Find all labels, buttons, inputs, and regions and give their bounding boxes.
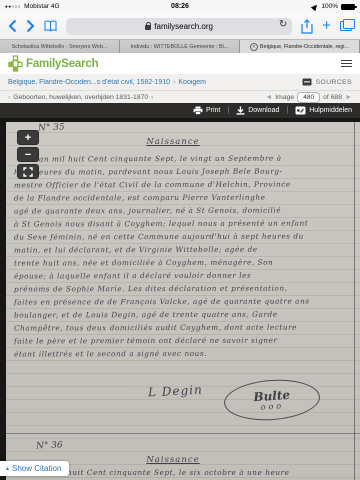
show-citation-button[interactable]: ▴ Show Citation <box>0 461 69 476</box>
print-button[interactable]: Print <box>193 106 220 115</box>
previous-image-button[interactable]: ◄ <box>265 94 272 101</box>
next-record-line: L'an mil huit Cent cinquante Sept, le si… <box>30 468 344 477</box>
fit-screen-icon <box>23 167 33 177</box>
viewer-toolbar: Print | Download | Hulpmiddelen <box>0 103 360 118</box>
share-button[interactable] <box>301 19 313 34</box>
printer-icon <box>193 106 203 115</box>
sources-box-icon <box>302 78 312 86</box>
official-signature: Bulte ooo <box>223 377 322 424</box>
record-line: trente huit ans, née et domiciliée à Coy… <box>14 255 344 269</box>
record-text: L'an mil huit Cent cinquante Sept, le vi… <box>14 152 344 360</box>
download-button[interactable]: Download <box>236 106 279 115</box>
reload-button[interactable]: ↻ <box>279 19 287 30</box>
record-line: faite le père et le premier témoin ont d… <box>14 333 344 347</box>
tab-belgique-active[interactable]: ✕ Belgique, Flandre-Occidentale, regi... <box>240 40 360 53</box>
record-title: Naissance <box>6 137 340 147</box>
breadcrumb-collection-link[interactable]: Belgique, Flandre-Occiden...s d'état civ… <box>8 79 170 86</box>
image-viewer[interactable]: N° 35 Naissance L'an mil huit Cent cinqu… <box>0 118 360 480</box>
location-icon <box>311 2 319 10</box>
tab-individu[interactable]: Individu : WITTEBOLLE Gemeente : Bi... <box>120 40 240 53</box>
breadcrumb: Belgique, Flandre-Occiden...s d'état civ… <box>0 74 360 90</box>
film-navigation: › Geboorten, huwelijken, overlijden 1831… <box>0 90 360 103</box>
expand-up-icon: ▴ <box>6 465 9 472</box>
film-chevron-right[interactable]: › <box>151 94 153 101</box>
record-separator-line <box>6 433 360 434</box>
toolbar-divider: | <box>227 107 229 114</box>
record-line: mestre Officier de l'état Civil de la co… <box>14 177 344 191</box>
familysearch-logo[interactable]: FamilySearch <box>8 55 98 72</box>
forward-button[interactable] <box>26 19 35 33</box>
ipad-screen: ●●○○○ Mobistar 4G 08:26 100% familysearc… <box>0 0 360 480</box>
download-icon <box>236 106 245 115</box>
signal-strength-icon: ●●○○○ <box>5 4 21 9</box>
image-label: Image <box>275 94 294 101</box>
next-image-button[interactable]: ► <box>345 94 352 101</box>
tools-button[interactable]: Hulpmiddelen <box>295 106 352 115</box>
fit-screen-button[interactable] <box>17 164 39 179</box>
browser-toolbar: familysearch.org ↻ + <box>0 13 360 40</box>
zoom-controls: + − <box>17 130 39 179</box>
new-tab-button[interactable]: + <box>322 21 331 31</box>
witness-signature: L Degin <box>148 383 203 400</box>
toolbar-divider: | <box>286 107 288 114</box>
record-line: huit heures du matin, pardevant nous Lou… <box>14 164 344 178</box>
site-header: FamilySearch <box>0 53 360 74</box>
clock: 08:26 <box>171 3 189 10</box>
tree-icon <box>8 55 24 72</box>
film-title[interactable]: Geboorten, huwelijken, overlijden 1831-1… <box>13 94 148 101</box>
record-line: L'an mil huit Cent cinquante Sept, le vi… <box>14 151 344 165</box>
record-line: agé de quarante deux ans, journalier, né… <box>14 203 344 217</box>
breadcrumb-separator: › <box>173 79 175 86</box>
signature-flourish: ooo <box>260 402 284 412</box>
zoom-in-button[interactable]: + <box>17 130 39 145</box>
status-bar: ●●○○○ Mobistar 4G 08:26 100% <box>0 0 360 13</box>
record-line: boulanger, et de Louis Degin, agé de tre… <box>14 307 344 321</box>
image-total-label: of 688 <box>323 94 342 101</box>
record-line: de la Flandre occidentale, est comparu P… <box>14 190 344 204</box>
breadcrumb-place-link[interactable]: Kooigem <box>178 79 206 86</box>
address-bar[interactable]: familysearch.org ↻ <box>66 18 292 35</box>
tab-strip: Scholastica Wittebolle - Smeyers Web... … <box>0 40 360 53</box>
record-line: à St Genois nous disant à Coyghem; leque… <box>14 216 344 230</box>
lock-icon <box>145 25 151 30</box>
record-image[interactable]: N° 35 Naissance L'an mil huit Cent cinqu… <box>6 122 360 480</box>
battery-percent: 100% <box>321 3 338 10</box>
record-line: du Sexe féminin, né en cette Commune auj… <box>14 229 344 243</box>
next-record-number: N° 36 <box>36 441 63 452</box>
tab-overview-button[interactable] <box>340 21 352 31</box>
record-number: N° 35 <box>38 123 65 134</box>
zoom-out-button[interactable]: − <box>17 147 39 162</box>
record-line: étant illettrés et le second a signé ave… <box>14 346 344 360</box>
menu-icon[interactable] <box>341 60 352 68</box>
brand-name: FamilySearch <box>26 58 98 70</box>
record-line: Champêtre, tous deux domiciliés audit Co… <box>14 320 344 334</box>
address-url: familysearch.org <box>154 22 213 31</box>
image-number-input[interactable] <box>297 92 320 103</box>
sources-label: SOURCES <box>316 79 352 86</box>
film-chevron-left[interactable]: › <box>8 94 10 101</box>
record-line: matin, et lui déclarant, et de Virginie … <box>14 242 344 256</box>
record-line: épouse; à laquelle enfant il a déclaré v… <box>14 268 344 282</box>
tools-icon <box>295 106 306 115</box>
carrier-label: Mobistar 4G <box>24 3 59 10</box>
close-tab-icon[interactable]: ✕ <box>250 43 258 51</box>
record-line: prénoms de Sophie Marie. Les dites décla… <box>14 281 344 295</box>
tab-scholastica[interactable]: Scholastica Wittebolle - Smeyers Web... <box>0 40 120 53</box>
battery-icon <box>341 4 355 10</box>
record-line: faites en présence de de François Valcke… <box>14 294 344 308</box>
back-button[interactable] <box>8 19 17 33</box>
bookmarks-icon[interactable] <box>44 20 57 32</box>
register-margin-line <box>354 122 356 480</box>
sources-button[interactable]: SOURCES <box>302 78 352 86</box>
